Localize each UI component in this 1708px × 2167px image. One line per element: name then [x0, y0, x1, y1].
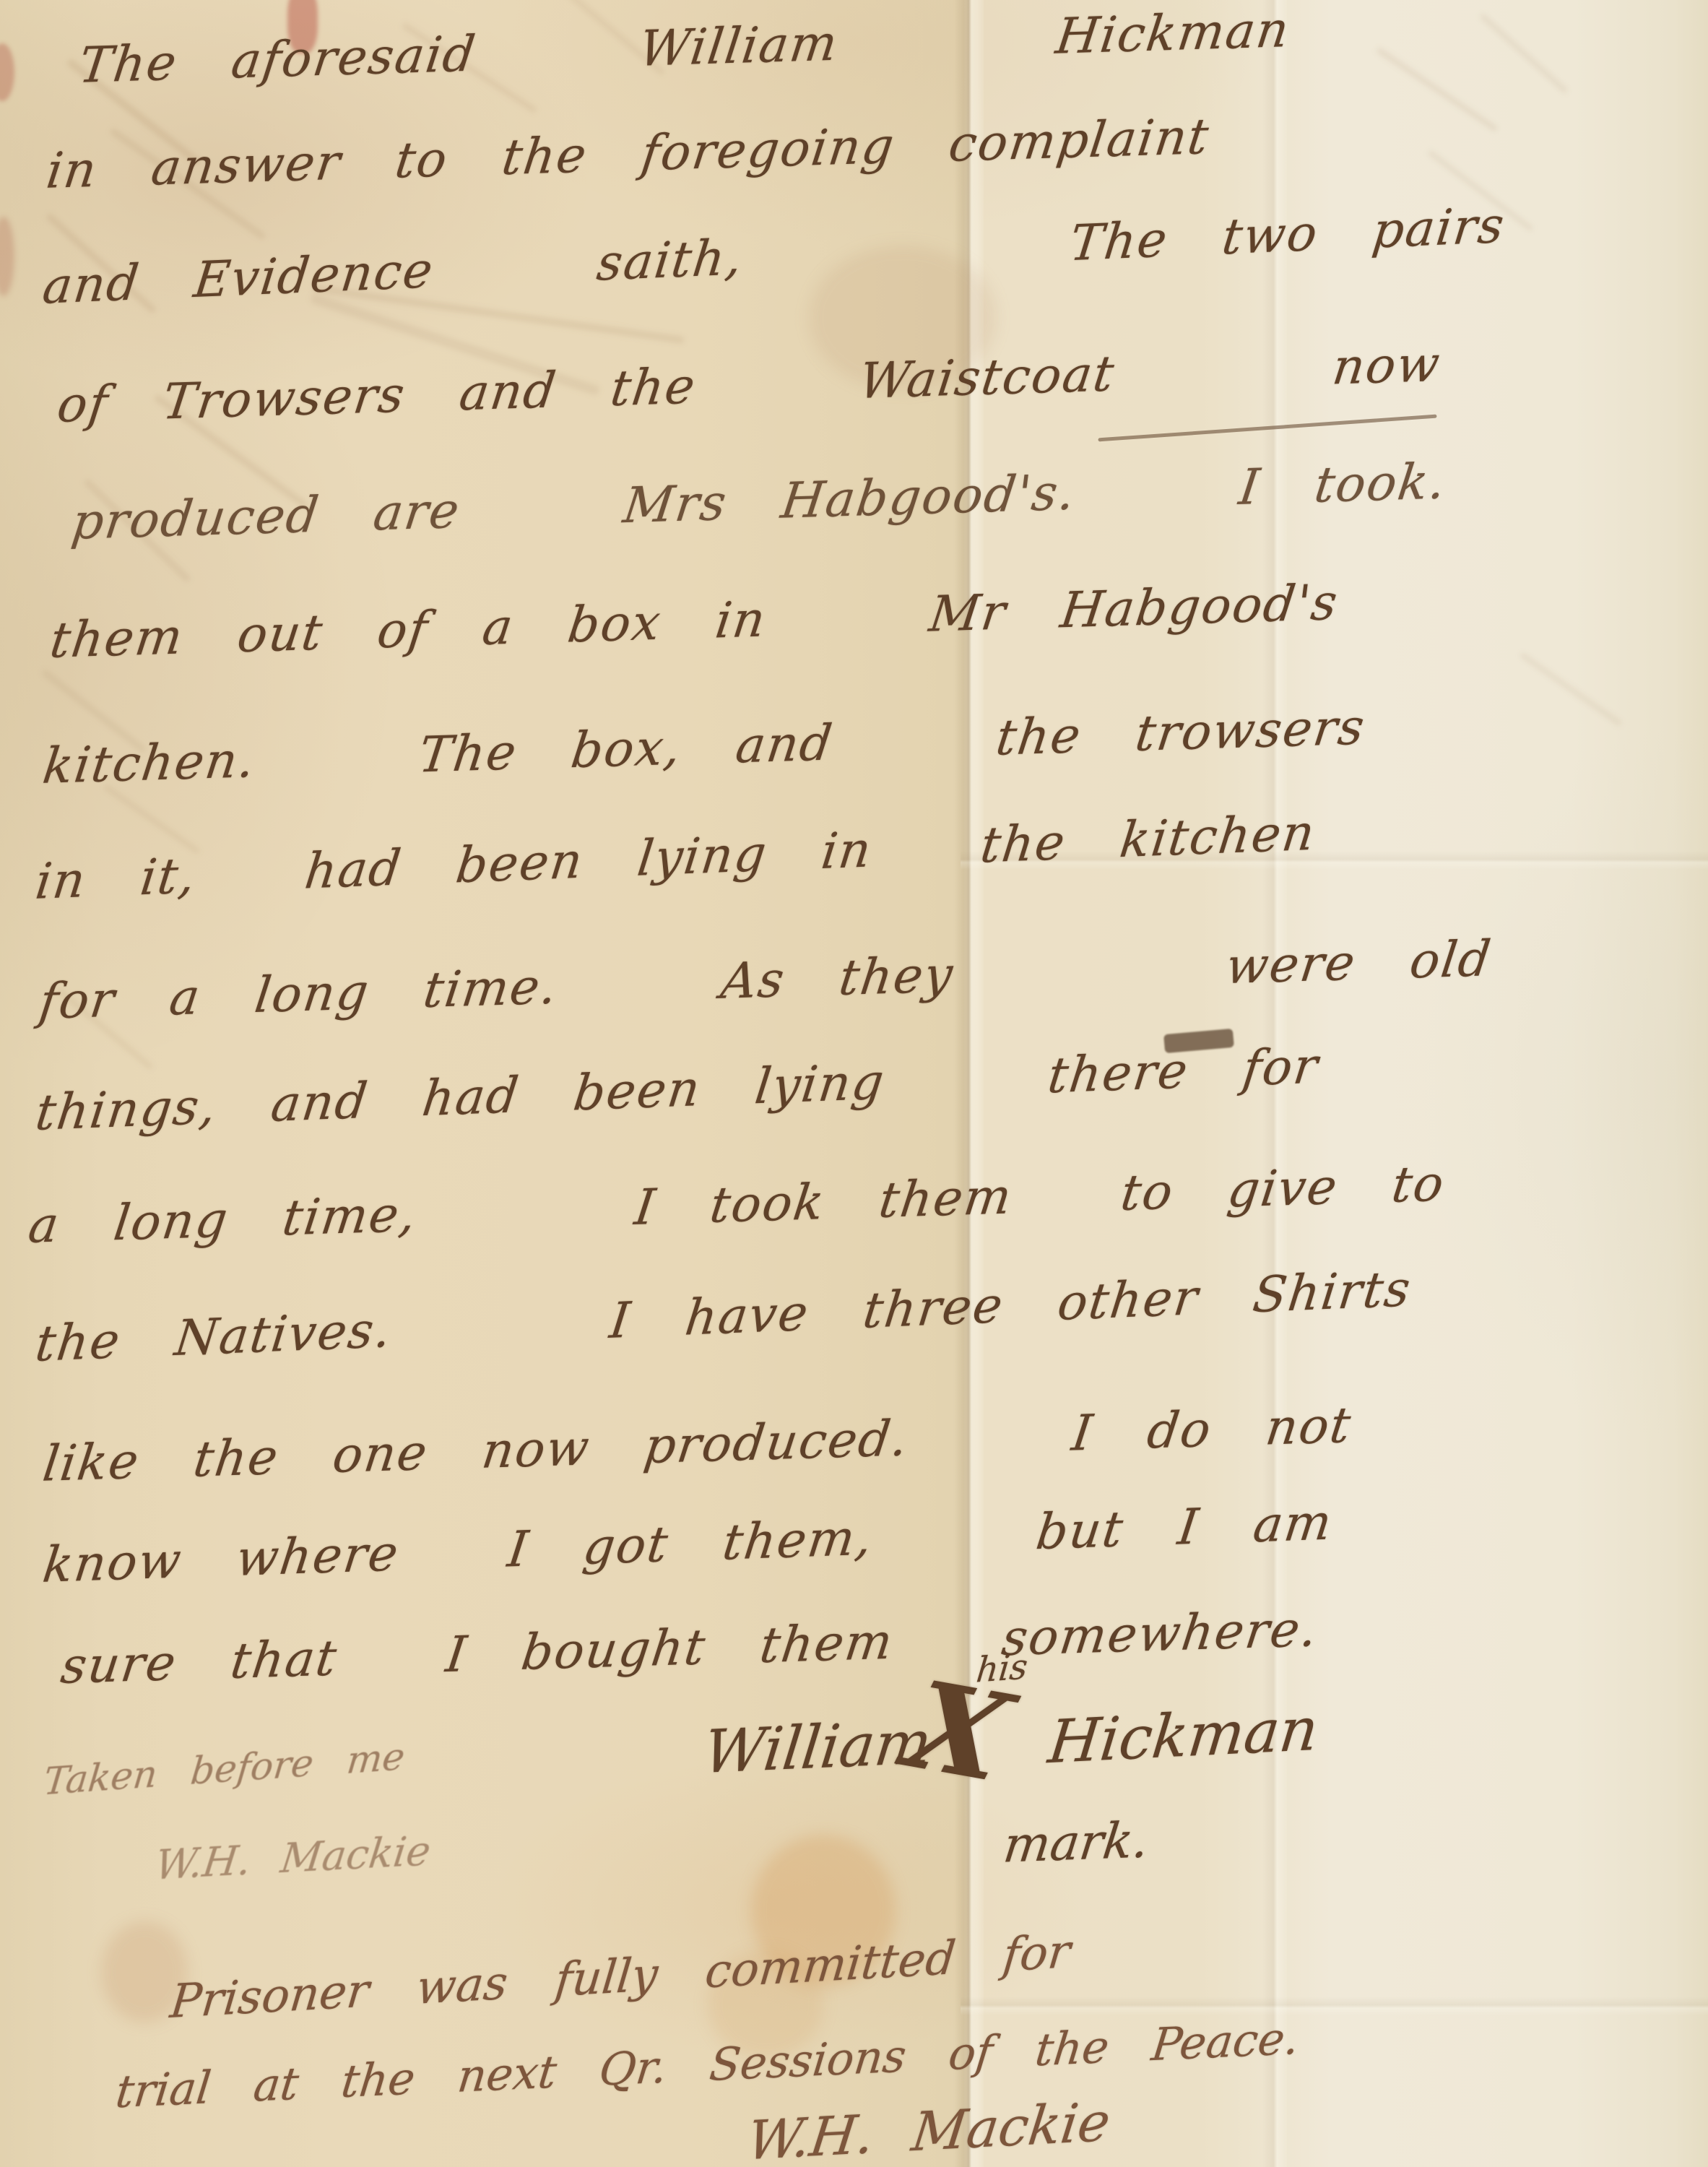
red-ink-stain — [0, 217, 14, 296]
mark-word: mark. — [1000, 1812, 1152, 1874]
body-line: know where I got them, but I am — [40, 1494, 1336, 1594]
magistrate-signature-faint: W.H. Mackie — [152, 1828, 433, 1889]
body-line: in answer to the foregoing complaint — [43, 108, 1213, 200]
body-line: kitchen. The box, and the trowsers — [40, 698, 1369, 795]
body-line: things, and had been lying there for — [32, 1037, 1322, 1142]
ink-showthrough-mark — [1479, 12, 1569, 94]
ink-showthrough-mark — [103, 784, 201, 855]
committal-note-line: trial at the next Qr. Sessions of the Pe… — [113, 2012, 1302, 2119]
body-line: a long time, I took them to give to — [25, 1155, 1448, 1255]
body-line: and Evidence saith, The two pairs — [40, 197, 1508, 316]
body-line: in it, had been lying in the kitchen — [32, 805, 1319, 911]
committal-note-line: Prisoner was fully committed for — [168, 1925, 1072, 2029]
body-line: sure that I bought them somewhere. — [58, 1601, 1322, 1695]
red-ink-stain — [0, 43, 14, 101]
ink-showthrough-mark — [1376, 47, 1499, 132]
body-line: The aforesaid William Hickman — [76, 1, 1293, 95]
body-line: the Natives. I have three other Shirts — [32, 1260, 1415, 1373]
x-mark-signature: X — [893, 1654, 1025, 1809]
ink-showthrough-mark — [1519, 652, 1623, 727]
document-page: The aforesaid William Hickman in answer … — [0, 0, 1708, 2167]
strikethrough-mark — [1098, 415, 1436, 442]
body-line: produced are Mrs Habgood's. I took. — [69, 453, 1450, 551]
body-line: of Trowsers and the Waistcoat now — [54, 336, 1444, 434]
magistrate-signature: W.H. Mackie — [744, 2091, 1114, 2167]
body-line: them out of a box in Mr Habgood's — [47, 574, 1342, 670]
deponent-surname: Hickman — [1045, 1695, 1322, 1778]
body-line: for a long time. As they were old — [36, 930, 1495, 1031]
body-line: like the one now produced. I do not — [40, 1397, 1355, 1493]
horizontal-fold-crease-bottom — [961, 1997, 1708, 2015]
attestation-taken-before-me: Taken before me — [41, 1735, 407, 1804]
